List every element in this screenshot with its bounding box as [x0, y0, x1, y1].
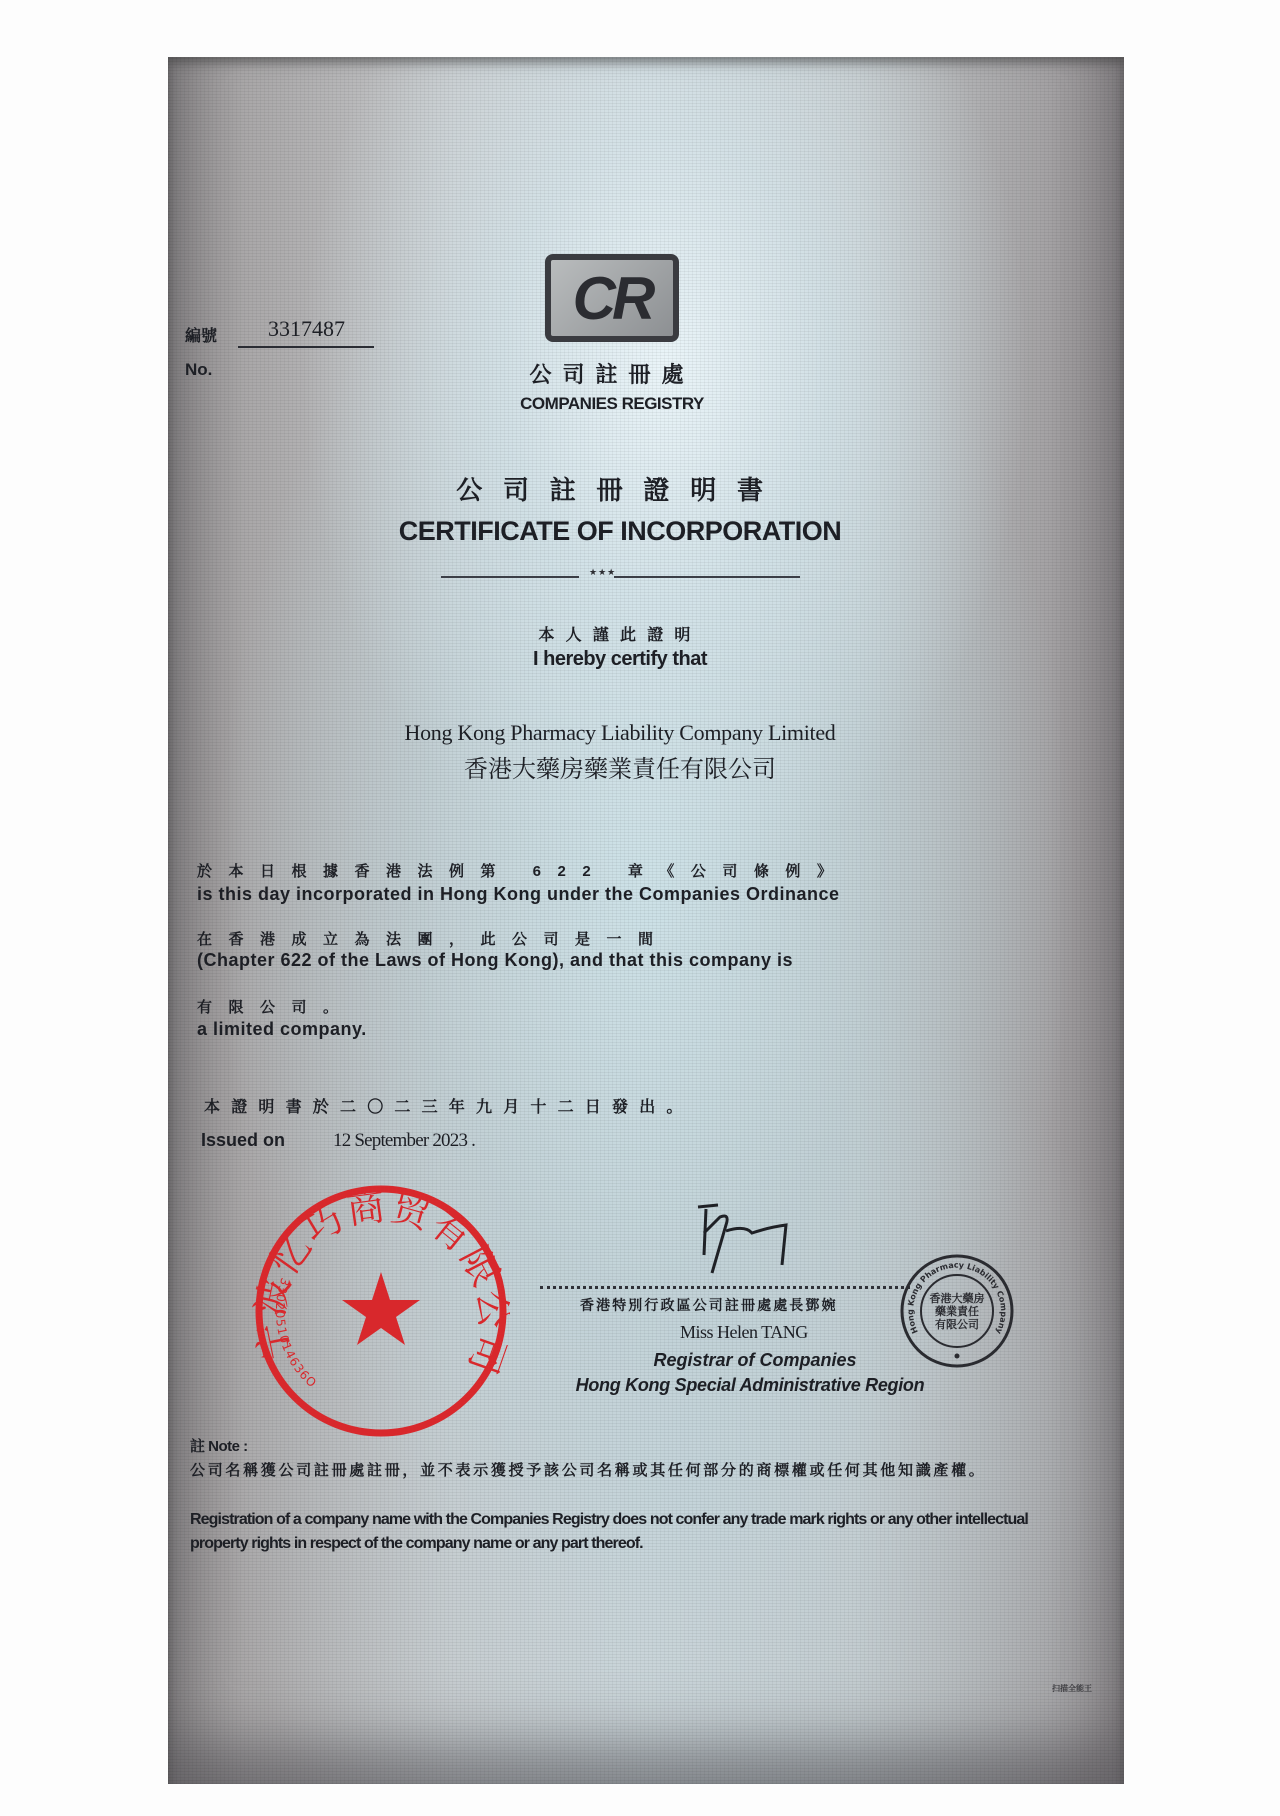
- number-label-cn: 編號: [185, 323, 217, 346]
- body-line-2-cn: 在香港成立為法團，此公司是一間: [197, 928, 670, 949]
- star-icon: [342, 1272, 420, 1345]
- registrar-title-cn: 香港特別行政區公司註冊處處長鄧婉: [580, 1295, 838, 1315]
- note-label: 註 Note :: [190, 1435, 248, 1456]
- certificate-number: 3317487: [268, 316, 345, 342]
- company-chop-seal: Hong Kong Pharmacy Liability Company Lim…: [898, 1252, 1016, 1370]
- divider-right: [614, 576, 800, 578]
- signature-line: [540, 1286, 910, 1289]
- cr-logo: CR: [545, 254, 679, 342]
- stars-ornament: ★★★: [589, 567, 609, 578]
- issue-date-cn: 本證明書於二〇二三年九月十二日發出。: [204, 1094, 694, 1117]
- cr-logo-text: CR: [573, 264, 652, 333]
- svg-text:香港大藥房: 香港大藥房: [930, 1291, 985, 1305]
- title-en: CERTIFICATE OF INCORPORATION: [360, 516, 880, 547]
- body-line-1-cn: 於本日根據香港法例第 622 章《公司條例》: [197, 860, 848, 881]
- svg-text:藥業責任: 藥業責任: [935, 1304, 979, 1318]
- registrar-title-en: Registrar of Companies: [610, 1350, 900, 1371]
- issue-date: 12 September 2023 .: [333, 1130, 475, 1152]
- registrar-region: Hong Kong Special Administrative Region: [540, 1375, 960, 1396]
- body-line-3-en: a limited company.: [197, 1019, 367, 1040]
- title-cn: 公司註冊證明書: [420, 470, 820, 507]
- number-underline: [238, 346, 374, 348]
- registrar-signature: [690, 1195, 800, 1275]
- certify-en: I hereby certify that: [470, 648, 770, 671]
- red-company-seal: 宁波忆巧商贸有限公司 3302051014636O: [252, 1182, 510, 1440]
- divider-left: [441, 576, 579, 578]
- body-line-1-en: is this day incorporated in Hong Kong un…: [197, 884, 840, 905]
- svg-text:有限公司: 有限公司: [935, 1317, 979, 1331]
- body-line-2-en: (Chapter 622 of the Laws of Hong Kong), …: [197, 950, 793, 971]
- note-text-cn: 公司名稱獲公司註冊處註冊，並不表示獲授予該公司名稱或其任何部分的商標權或任何其他…: [190, 1460, 1030, 1481]
- number-label-en: No.: [185, 360, 212, 380]
- issue-label: Issued on: [201, 1130, 285, 1151]
- certify-cn: 本人謹此證明: [470, 622, 770, 645]
- registry-name-cn: 公司註冊處: [505, 358, 719, 389]
- body-line-3-cn: 有限公司。: [197, 996, 355, 1017]
- company-name-en: Hong Kong Pharmacy Liability Company Lim…: [370, 720, 870, 746]
- note-text-en: Registration of a company name with the …: [190, 1508, 1040, 1556]
- scanner-watermark: 扫描全能王: [1052, 1683, 1092, 1694]
- registrar-name: Miss Helen TANG: [680, 1322, 880, 1343]
- company-name-cn: 香港大藥房藥業責任有限公司: [420, 749, 820, 784]
- registry-name-en: COMPANIES REGISTRY: [490, 394, 734, 414]
